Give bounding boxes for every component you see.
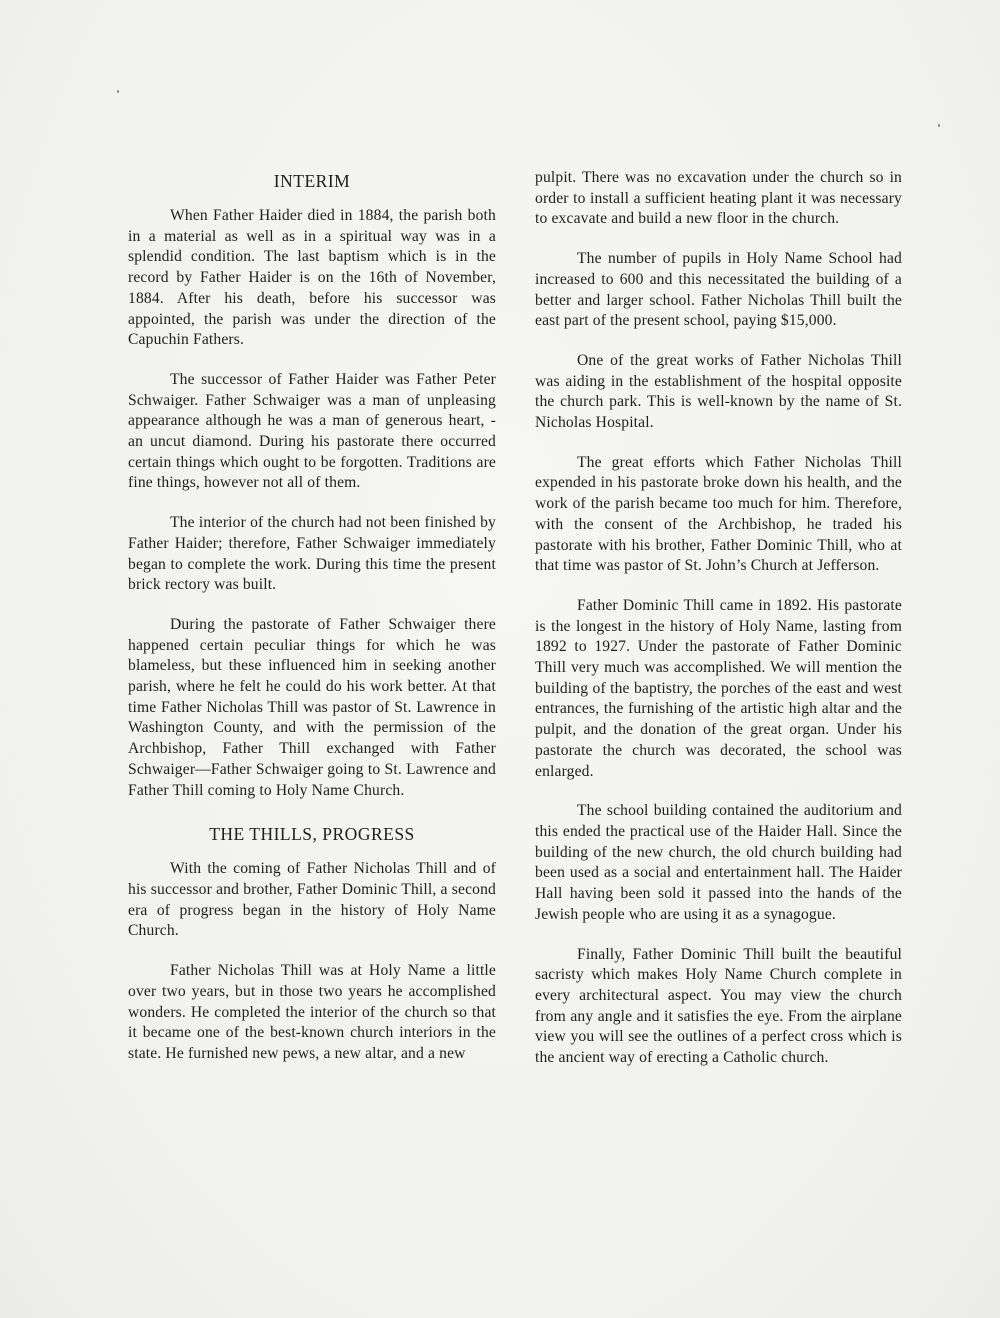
- paragraph: The school building contained the audito…: [535, 801, 902, 925]
- paragraph: The interior of the church had not been …: [128, 513, 496, 596]
- paper-speck: [938, 124, 940, 127]
- paragraph: Finally, Father Dominic Thill built the …: [535, 945, 902, 1069]
- paper-speck: [117, 90, 119, 93]
- paragraph: During the pastorate of Father Schwaiger…: [128, 615, 496, 801]
- paragraph-continued: pulpit. There was no excavation under th…: [535, 168, 902, 230]
- scanned-page: INTERIM When Father Haider died in 1884,…: [0, 0, 1000, 1318]
- paragraph: Father Nicholas Thill was at Holy Name a…: [128, 961, 496, 1065]
- paragraph: One of the great works of Father Nichola…: [535, 351, 902, 434]
- paragraph: Father Dominic Thill came in 1892. His p…: [535, 596, 902, 782]
- paragraph: The number of pupils in Holy Name School…: [535, 249, 902, 332]
- section-heading-thills-progress: THE THILLS, PROGRESS: [128, 823, 496, 845]
- paragraph: The great efforts which Father Nicholas …: [535, 453, 902, 577]
- section-heading-interim: INTERIM: [128, 170, 496, 192]
- paragraph: The successor of Father Haider was Fathe…: [128, 370, 496, 494]
- left-column: INTERIM When Father Haider died in 1884,…: [128, 170, 496, 1084]
- paragraph: When Father Haider died in 1884, the par…: [128, 206, 496, 351]
- paragraph: With the coming of Father Nicholas Thill…: [128, 859, 496, 942]
- right-column: pulpit. There was no excavation under th…: [535, 168, 902, 1088]
